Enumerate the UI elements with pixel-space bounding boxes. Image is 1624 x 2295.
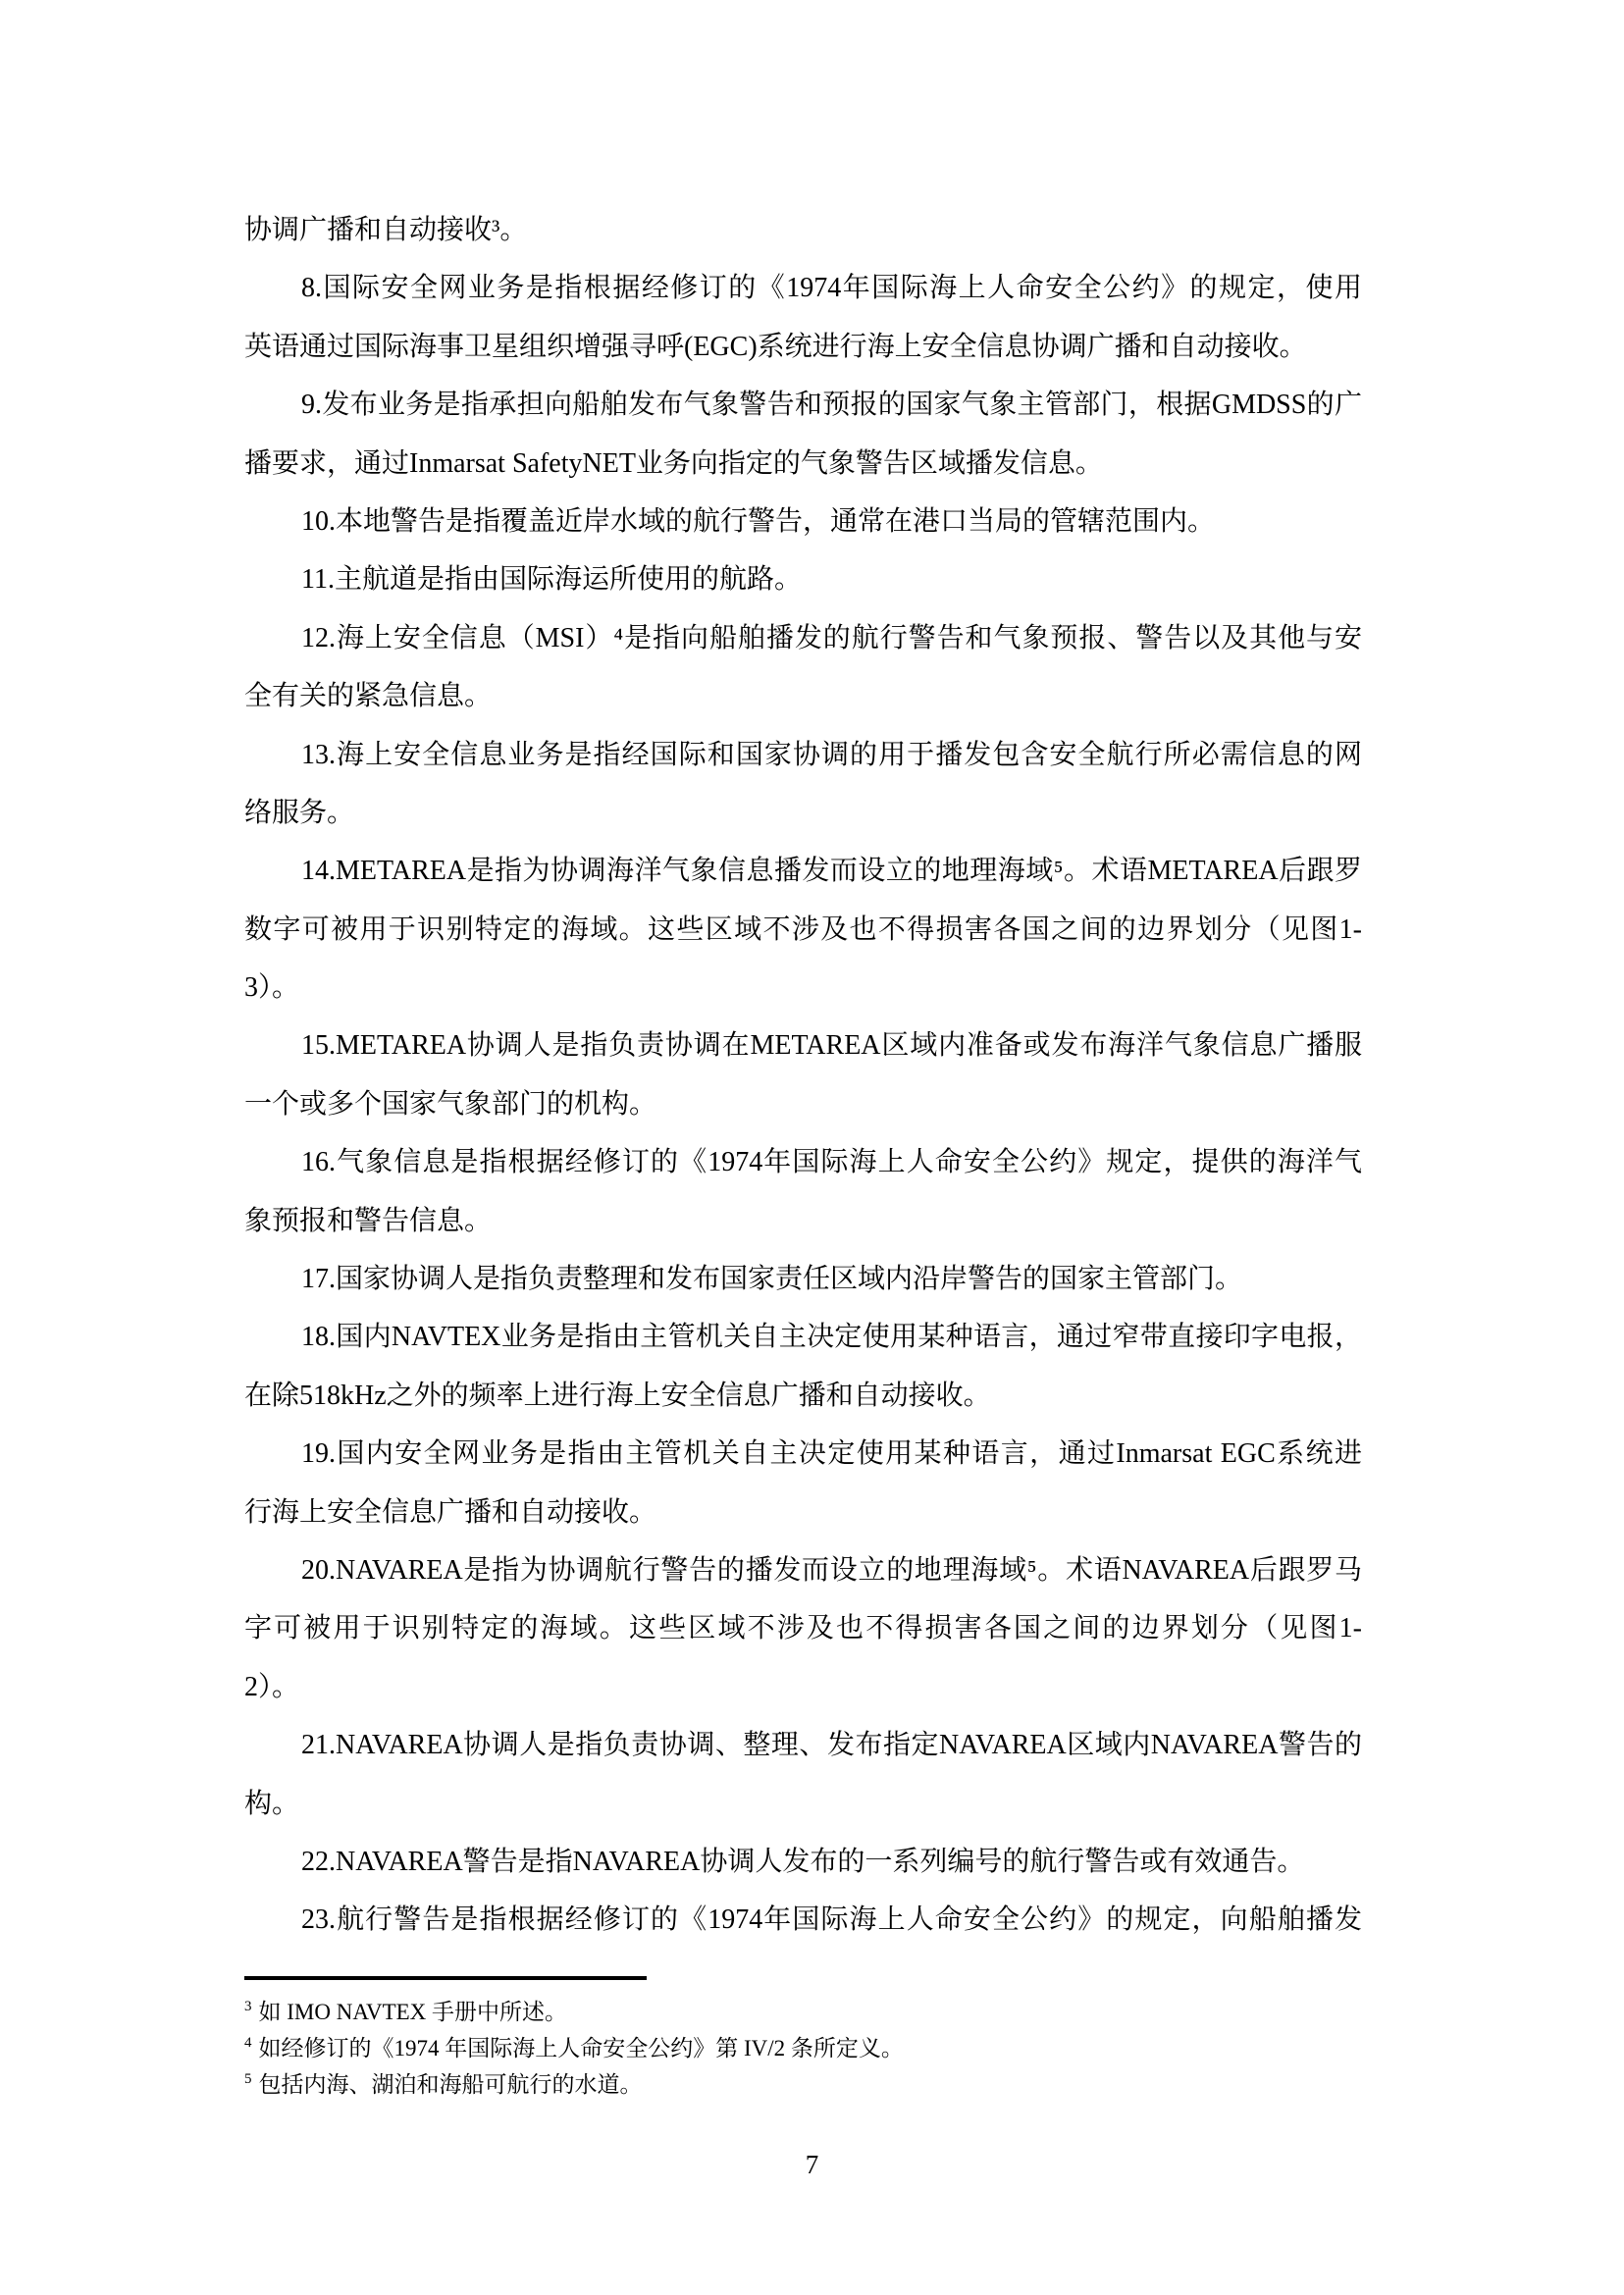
text-line: 络服务。 <box>244 784 1362 842</box>
paragraph: 23.航行警告是指根据经修订的《1974年国际海上人命安全公约》的规定，向船舶播… <box>244 1891 1362 1949</box>
paragraph: 10.本地警告是指覆盖近岸水域的航行警告，通常在港口当局的管辖范围内。 <box>244 493 1362 550</box>
text-line: 数字可被用于识别特定的海域。这些区域不涉及也不得损害各国之间的边界划分（见图1- <box>244 901 1362 959</box>
text-line: 21.NAVAREA协调人是指负责协调、整理、发布指定NAVAREA区域内NAV… <box>244 1716 1362 1774</box>
footnote-text: 如 IMO NAVTEX 手册中所述。 <box>259 2000 568 2024</box>
text-line: 播要求，通过Inmarsat SafetyNET业务向指定的气象警告区域播发信息… <box>244 435 1362 493</box>
paragraph: 13.海上安全信息业务是指经国际和国家协调的用于播发包含安全航行所必需信息的网络… <box>244 726 1362 843</box>
text-line: 象预报和警告信息。 <box>244 1192 1362 1250</box>
paragraph: 19.国内安全网业务是指由主管机关自主决定使用某种语言，通过Inmarsat E… <box>244 1425 1362 1541</box>
text-line: 15.METAREA协调人是指负责协调在METAREA区域内准备或发布海洋气象信… <box>244 1017 1362 1074</box>
document-page: 协调广播和自动接收³。8.国际安全网业务是指根据经修订的《1974年国际海上人命… <box>0 0 1624 2295</box>
paragraph: 17.国家协调人是指负责整理和发布国家责任区域内沿岸警告的国家主管部门。 <box>244 1250 1362 1308</box>
footnote-text: 包括内海、湖泊和海船可航行的水道。 <box>259 2072 643 2097</box>
text-line: 23.航行警告是指根据经修订的《1974年国际海上人命安全公约》的规定，向船舶播… <box>244 1891 1362 1949</box>
text-line: 9.发布业务是指承担向船舶发布气象警告和预报的国家气象主管部门，根据GMDSS的… <box>244 376 1362 434</box>
paragraph: 18.国内NAVTEX业务是指由主管机关自主决定使用某种语言，通过窄带直接印字电… <box>244 1308 1362 1425</box>
text-line: 协调广播和自动接收³。 <box>244 201 1362 259</box>
text-line: 2）。 <box>244 1658 1362 1716</box>
paragraph: 协调广播和自动接收³。 <box>244 201 1362 259</box>
text-line: 17.国家协调人是指负责整理和发布国家责任区域内沿岸警告的国家主管部门。 <box>244 1250 1362 1308</box>
footnote-list: 3如 IMO NAVTEX 手册中所述。4如经修订的《1974 年国际海上人命安… <box>244 1994 1362 2103</box>
text-line: 12.海上安全信息（MSI）⁴是指向船舶播发的航行警告和气象预报、警告以及其他与… <box>244 609 1362 667</box>
text-line: 22.NAVAREA警告是指NAVAREA协调人发布的一系列编号的航行警告或有效… <box>244 1833 1362 1891</box>
text-line: 全有关的紧急信息。 <box>244 667 1362 725</box>
paragraph: 14.METAREA是指为协调海洋气象信息播发而设立的地理海域⁵。术语METAR… <box>244 842 1362 1017</box>
footnote-item: 3如 IMO NAVTEX 手册中所述。 <box>244 1994 1362 2030</box>
body-text: 协调广播和自动接收³。8.国际安全网业务是指根据经修订的《1974年国际海上人命… <box>244 201 1362 1950</box>
text-line: 英语通过国际海事卫星组织增强寻呼(EGC)系统进行海上安全信息协调广播和自动接收… <box>244 318 1362 376</box>
text-line: 构。 <box>244 1775 1362 1833</box>
text-line: 3）。 <box>244 959 1362 1017</box>
text-line: 14.METAREA是指为协调海洋气象信息播发而设立的地理海域⁵。术语METAR… <box>244 842 1362 900</box>
text-line: 20.NAVAREA是指为协调航行警告的播发而设立的地理海域⁵。术语NAVARE… <box>244 1541 1362 1599</box>
paragraph: 16.气象信息是指根据经修订的《1974年国际海上人命安全公约》规定，提供的海洋… <box>244 1133 1362 1250</box>
page-number: 7 <box>0 2149 1624 2180</box>
footnote-text: 如经修订的《1974 年国际海上人命安全公约》第 IV/2 条所定义。 <box>259 2036 904 2060</box>
text-line: 行海上安全信息广播和自动接收。 <box>244 1484 1362 1541</box>
paragraph: 22.NAVAREA警告是指NAVAREA协调人发布的一系列编号的航行警告或有效… <box>244 1833 1362 1891</box>
paragraph: 15.METAREA协调人是指负责协调在METAREA区域内准备或发布海洋气象信… <box>244 1017 1362 1133</box>
text-line: 19.国内安全网业务是指由主管机关自主决定使用某种语言，通过Inmarsat E… <box>244 1425 1362 1483</box>
text-line: 18.国内NAVTEX业务是指由主管机关自主决定使用某种语言，通过窄带直接印字电… <box>244 1308 1362 1366</box>
paragraph: 12.海上安全信息（MSI）⁴是指向船舶播发的航行警告和气象预报、警告以及其他与… <box>244 609 1362 726</box>
footnote-item: 5包括内海、湖泊和海船可航行的水道。 <box>244 2066 1362 2103</box>
paragraph: 21.NAVAREA协调人是指负责协调、整理、发布指定NAVAREA区域内NAV… <box>244 1716 1362 1833</box>
text-line: 8.国际安全网业务是指根据经修订的《1974年国际海上人命安全公约》的规定，使用 <box>244 259 1362 317</box>
text-line: 16.气象信息是指根据经修订的《1974年国际海上人命安全公约》规定，提供的海洋… <box>244 1133 1362 1191</box>
text-line: 13.海上安全信息业务是指经国际和国家协调的用于播发包含安全航行所必需信息的网 <box>244 726 1362 784</box>
text-line: 11.主航道是指由国际海运所使用的航路。 <box>244 550 1362 608</box>
text-line: 在除518kHz之外的频率上进行海上安全信息广播和自动接收。 <box>244 1367 1362 1425</box>
paragraph: 9.发布业务是指承担向船舶发布气象警告和预报的国家气象主管部门，根据GMDSS的… <box>244 376 1362 493</box>
footnote-separator <box>244 1976 647 1980</box>
text-line: 字可被用于识别特定的海域。这些区域不涉及也不得损害各国之间的边界划分（见图1- <box>244 1599 1362 1657</box>
paragraph: 20.NAVAREA是指为协调航行警告的播发而设立的地理海域⁵。术语NAVARE… <box>244 1541 1362 1716</box>
text-line: 一个或多个国家气象部门的机构。 <box>244 1075 1362 1133</box>
text-line: 10.本地警告是指覆盖近岸水域的航行警告，通常在港口当局的管辖范围内。 <box>244 493 1362 550</box>
footnote-section: 3如 IMO NAVTEX 手册中所述。4如经修订的《1974 年国际海上人命安… <box>244 1976 1362 2103</box>
paragraph: 8.国际安全网业务是指根据经修订的《1974年国际海上人命安全公约》的规定，使用… <box>244 259 1362 376</box>
footnote-item: 4如经修订的《1974 年国际海上人命安全公约》第 IV/2 条所定义。 <box>244 2030 1362 2066</box>
paragraph: 11.主航道是指由国际海运所使用的航路。 <box>244 550 1362 608</box>
